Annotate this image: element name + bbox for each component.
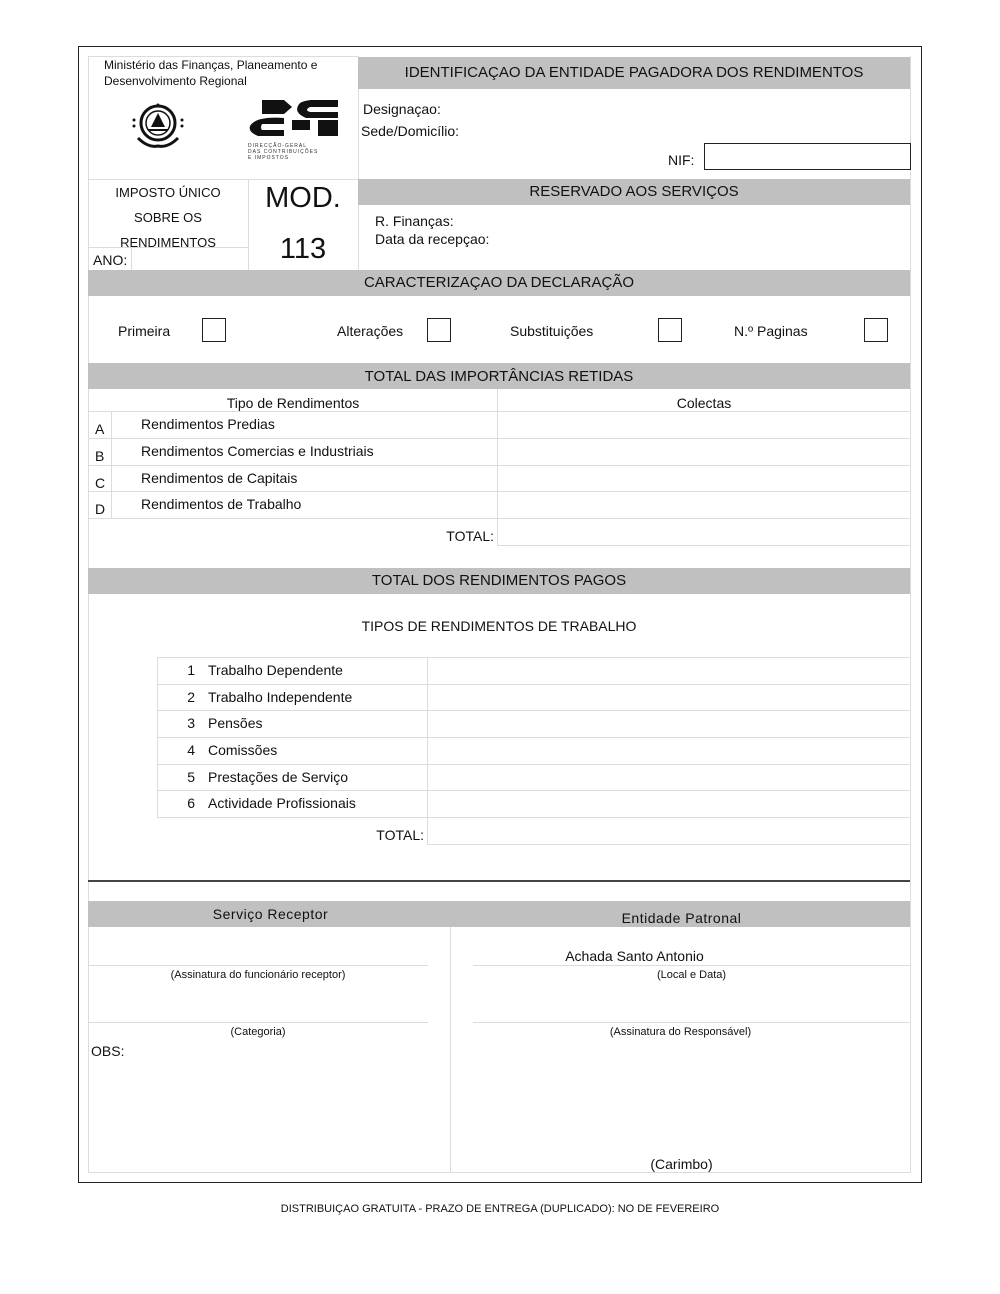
- grid-line: [88, 1022, 428, 1023]
- tax-title: IMPOSTO ÚNICO SOBRE OS RENDIMENTOS: [88, 180, 248, 255]
- grid-line: [88, 56, 358, 57]
- section-divider: [88, 880, 910, 882]
- grid-line: [88, 411, 910, 412]
- grid-line: [157, 737, 910, 738]
- paid-row-number: 2: [170, 689, 195, 705]
- paid-row-label: Actividade Profissionais: [208, 795, 356, 811]
- grid-line: [157, 710, 910, 711]
- col-colectas: Colectas: [498, 395, 910, 411]
- paid-row-number: 6: [170, 795, 195, 811]
- retained-row-value-field[interactable]: [500, 414, 908, 436]
- option-paginas-label: N.º Paginas: [734, 323, 808, 339]
- grid-line: [450, 927, 451, 1173]
- responsible-signature-field[interactable]: [476, 985, 906, 1019]
- grid-line: [427, 844, 910, 845]
- receiver-signature-field[interactable]: [92, 932, 426, 962]
- retained-total-label: TOTAL:: [300, 528, 494, 544]
- option-substituicoes-checkbox[interactable]: [658, 318, 682, 342]
- paid-row-label: Pensões: [208, 715, 262, 731]
- grid-line: [473, 1022, 910, 1023]
- data-recepcao-label: Data da recepçao:: [375, 231, 489, 247]
- obs-label: OBS:: [91, 1043, 124, 1059]
- designacao-field[interactable]: [450, 99, 905, 119]
- option-alteracoes-label: Alterações: [337, 323, 403, 339]
- stamp-caption: (Carimbo): [453, 1156, 910, 1172]
- grid-line: [157, 684, 910, 685]
- characterization-title: CARACTERIZAÇAO DA DECLARAÇÃO: [88, 275, 910, 290]
- paid-row-number: 1: [170, 662, 195, 678]
- sede-field[interactable]: [470, 121, 905, 141]
- paid-total-label: TOTAL:: [250, 827, 424, 843]
- tax-title-line-2: SOBRE OS: [88, 205, 248, 230]
- option-substituicoes-label: Substituições: [510, 323, 593, 339]
- responsible-caption: (Assinatura do Responsável): [473, 1026, 888, 1038]
- paid-row-label: Trabalho Dependente: [208, 662, 343, 678]
- retained-total-field[interactable]: [500, 521, 908, 543]
- paid-row-label: Trabalho Independente: [208, 689, 352, 705]
- paid-row-value-field[interactable]: [430, 713, 908, 735]
- paid-total-field[interactable]: [430, 820, 908, 842]
- col-tipo-rendimentos: Tipo de Rendimentos: [88, 395, 498, 411]
- option-alteracoes-checkbox[interactable]: [427, 318, 451, 342]
- paid-subtitle: TIPOS DE RENDIMENTOS DE TRABALHO: [88, 618, 910, 634]
- paid-row-number: 4: [170, 742, 195, 758]
- retained-row-label: Rendimentos de Trabalho: [141, 496, 301, 512]
- sede-label: Sede/Domicílio:: [361, 123, 459, 139]
- retained-row-label: Rendimentos de Capitais: [141, 470, 297, 486]
- nif-field[interactable]: [704, 143, 911, 170]
- model-number: 113: [248, 233, 358, 266]
- receiver-title: Serviço Receptor: [88, 907, 453, 921]
- grid-line: [88, 438, 910, 439]
- local-value[interactable]: Achada Santo Antonio: [472, 948, 797, 964]
- paid-row-value-field[interactable]: [430, 793, 908, 815]
- receiver-signature-caption: (Assinatura do funcionário receptor): [88, 969, 428, 981]
- obs-field[interactable]: [92, 1062, 446, 1168]
- retained-row-label: Rendimentos Predias: [141, 416, 275, 432]
- ministry-line-1: Ministério das Finanças, Planeamento e: [104, 57, 317, 73]
- paid-title: TOTAL DOS RENDIMENTOS PAGOS: [88, 573, 910, 588]
- grid-line: [157, 657, 910, 658]
- dgci-logo-icon: DIRECÇÃO-GERAL DAS CONTRIBUIÇÕES E IMPOS…: [248, 100, 343, 158]
- ministry-line-2: Desenvolvimento Regional: [104, 73, 317, 89]
- grid-line: [497, 545, 910, 546]
- retained-row-value-field[interactable]: [500, 441, 908, 463]
- financas-label: R. Finanças:: [375, 213, 454, 229]
- receiver-category-caption: (Categoria): [88, 1026, 428, 1038]
- paid-row-label: Comissões: [208, 742, 277, 758]
- grid-line: [157, 790, 910, 791]
- ministry-name: Ministério das Finanças, Planeamento e D…: [104, 57, 317, 89]
- grid-line: [88, 1172, 910, 1173]
- grid-line: [473, 965, 910, 966]
- paid-row-value-field[interactable]: [430, 687, 908, 709]
- option-primeira-label: Primeira: [118, 323, 170, 339]
- receiver-category-field[interactable]: [92, 985, 426, 1019]
- employer-title: Entidade Patronal: [453, 911, 910, 925]
- reserved-title: RESERVADO AOS SERVIÇOS: [358, 184, 910, 199]
- option-paginas-checkbox[interactable]: [864, 318, 888, 342]
- paid-row-number: 5: [170, 769, 195, 785]
- grid-line: [157, 817, 910, 818]
- local-caption: (Local e Data): [473, 969, 910, 981]
- paid-row-label: Prestações de Serviço: [208, 769, 348, 785]
- grid-line: [88, 465, 910, 466]
- retained-row-code: A: [95, 421, 104, 437]
- designacao-label: Designaçao:: [363, 101, 441, 117]
- dgci-logo-line-3: E IMPOSTOS: [248, 155, 343, 161]
- nif-label: NIF:: [668, 152, 694, 168]
- footer-note: DISTRIBUIÇAO GRATUITA - PRAZO DE ENTREGA…: [0, 1203, 1000, 1215]
- identification-title: IDENTIFICAÇAO DA ENTIDADE PAGADORA DOS R…: [358, 65, 910, 80]
- grid-line: [88, 518, 910, 519]
- grid-line: [497, 389, 498, 546]
- model-label: MOD.: [248, 182, 358, 215]
- paid-row-number: 3: [170, 715, 195, 731]
- retained-title: TOTAL DAS IMPORTÂNCIAS RETIDAS: [88, 369, 910, 384]
- retained-row-code: D: [95, 501, 105, 517]
- coat-of-arms-icon: [128, 100, 188, 152]
- grid-line: [157, 764, 910, 765]
- paid-row-value-field[interactable]: [430, 740, 908, 762]
- retained-row-value-field[interactable]: [500, 468, 908, 490]
- retained-row-value-field[interactable]: [500, 494, 908, 516]
- ano-field[interactable]: [134, 249, 246, 269]
- retained-row-code: C: [95, 475, 105, 491]
- option-primeira-checkbox[interactable]: [202, 318, 226, 342]
- paid-row-value-field[interactable]: [430, 767, 908, 789]
- grid-line: [910, 56, 911, 1173]
- grid-line: [88, 965, 428, 966]
- tax-title-line-1: IMPOSTO ÚNICO: [88, 180, 248, 205]
- grid-line: [88, 491, 910, 492]
- retained-row-label: Rendimentos Comercias e Industriais: [141, 443, 374, 459]
- ano-label: ANO:: [93, 252, 127, 268]
- retained-row-code: B: [95, 448, 104, 464]
- paid-row-value-field[interactable]: [430, 660, 908, 682]
